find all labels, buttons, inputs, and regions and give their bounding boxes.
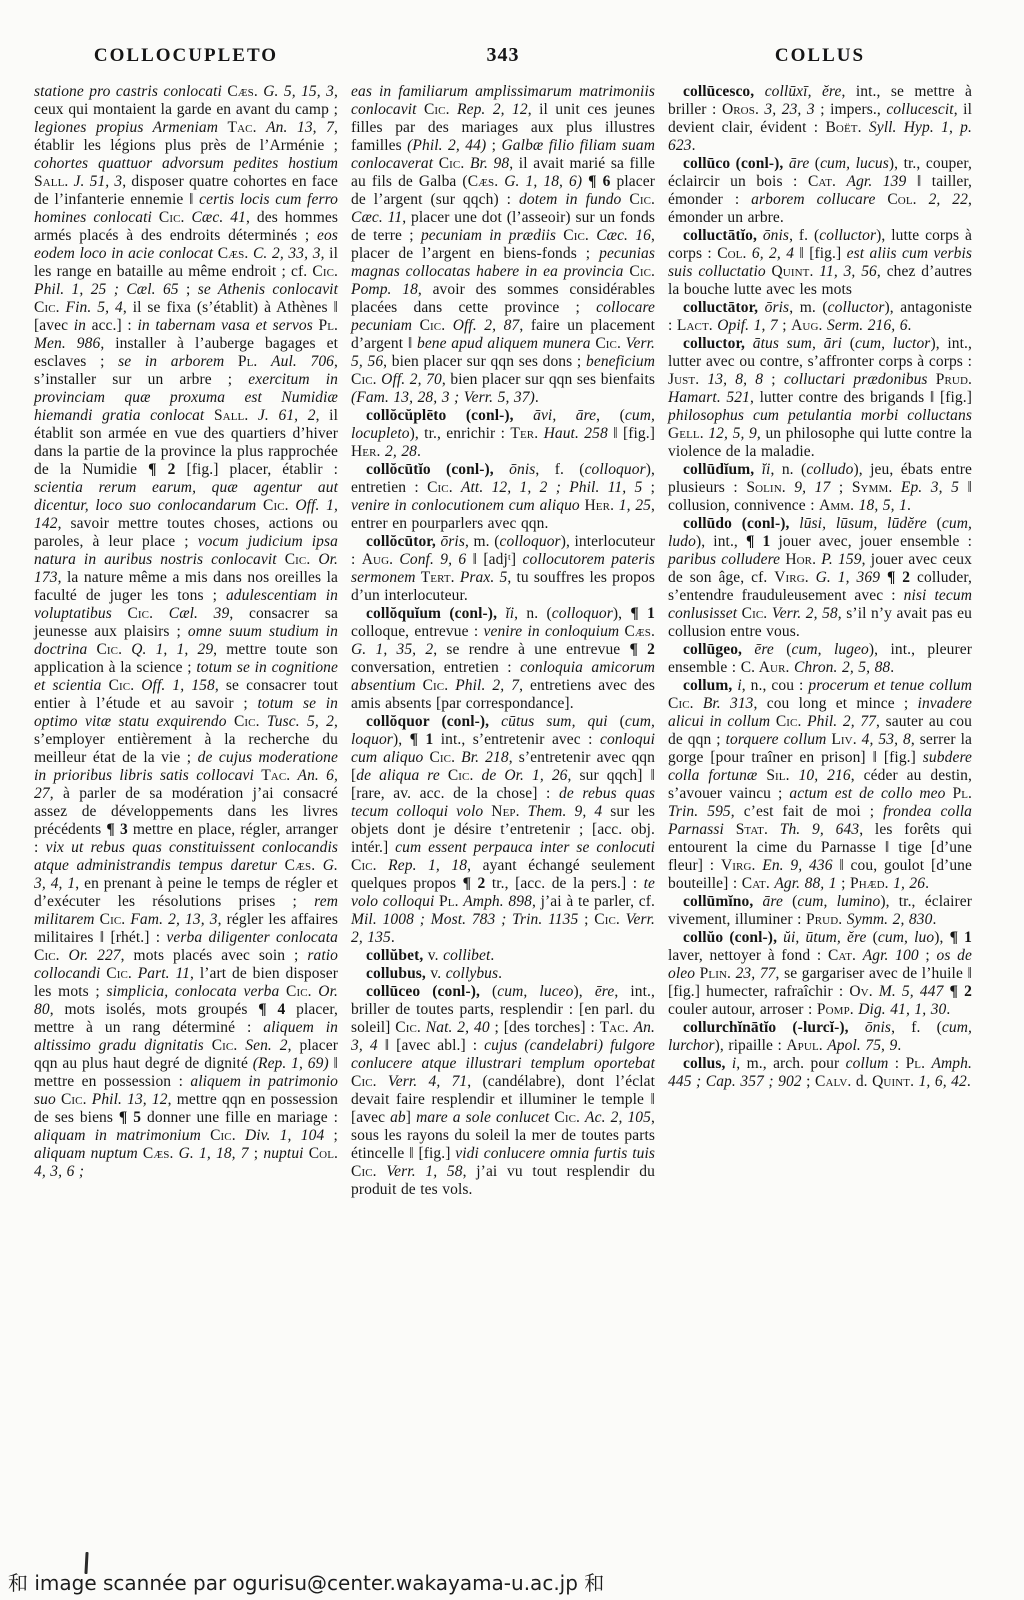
entry-paragraph: collum, i, n., cou : procerum et tenue c… <box>668 677 972 893</box>
header-left-keyword: COLLOCUPLETO <box>34 45 338 67</box>
entry-paragraph: collūceo (conl-), (cum, luceo), ēre, int… <box>351 983 655 1199</box>
entry-paragraph: collūmĭno, āre (cum, lumino), tr., éclai… <box>668 893 972 929</box>
scan-attribution-footer: 和 image scannée par ogurisu@center.wakay… <box>8 1567 604 1596</box>
entry-paragraph: collurchĭnātĭo (-lurcĭ-), ōnis, f. (cum,… <box>668 1019 972 1055</box>
header-right-keyword: COLLUS <box>668 45 972 67</box>
entry-paragraph: colluctātĭo, ōnis, f. (colluctor), lutte… <box>668 227 972 299</box>
column-3: collūcesco, collūxī, ĕre, int., se mettr… <box>668 83 972 1199</box>
column-2: eas in familiarum amplissimarum matrimon… <box>351 83 655 1199</box>
entry-paragraph: colluctor, ātus sum, āri (cum, luctor), … <box>668 335 972 461</box>
entry-paragraph: collŏquĭum (conl-), ĭi, n. (colloquor), … <box>351 605 655 713</box>
entry-paragraph: collŭbet, v. collibet. <box>351 947 655 965</box>
entry-paragraph: collūco (conl-), āre (cum, lucus), tr., … <box>668 155 972 227</box>
entry-paragraph: collŏcŭplēto (conl-), āvi, āre, (cum, lo… <box>351 407 655 461</box>
entry-paragraph: collūdo (conl-), lūsi, lūsum, lūdĕre (cu… <box>668 515 972 641</box>
entry-paragraph: collūcesco, collūxī, ĕre, int., se mettr… <box>668 83 972 155</box>
entry-paragraph: collŭo (conl-), ŭi, ūtum, ĕre (cum, luo)… <box>668 929 972 1019</box>
continuation-paragraph: eas in familiarum amplissimarum matrimon… <box>351 83 655 407</box>
entry-paragraph: collus, i, m., arch. pour collum : Pl. A… <box>668 1055 972 1091</box>
column-1: statione pro castris conlocati Cæs. G. 5… <box>34 83 338 1199</box>
entry-paragraph: collubus, v. collybus. <box>351 965 655 983</box>
entry-paragraph: collūgeo, ēre (cum, lugeo), int., pleure… <box>668 641 972 677</box>
entry-paragraph: collŏquor (conl-), cūtus sum, qui (cum, … <box>351 713 655 947</box>
entry-paragraph: collūdĭum, ĭi, n. (colludo), jeu, ébats … <box>668 461 972 515</box>
page-number: 343 <box>351 44 655 67</box>
running-header: COLLOCUPLETO 343 COLLUS <box>34 44 996 67</box>
entry-paragraph: colluctātor, ōris, m. (colluctor), antag… <box>668 299 972 335</box>
entry-paragraph: collŏcūtĭo (conl-), ōnis, f. (colloquor)… <box>351 461 655 533</box>
dictionary-columns: statione pro castris conlocati Cæs. G. 5… <box>34 83 996 1199</box>
entry-paragraph: collŏcūtor, ōris, m. (colloquor), interl… <box>351 533 655 605</box>
continuation-paragraph: statione pro castris conlocati Cæs. G. 5… <box>34 83 338 1181</box>
scanned-dictionary-page: COLLOCUPLETO 343 COLLUS statione pro cas… <box>0 0 1024 1199</box>
